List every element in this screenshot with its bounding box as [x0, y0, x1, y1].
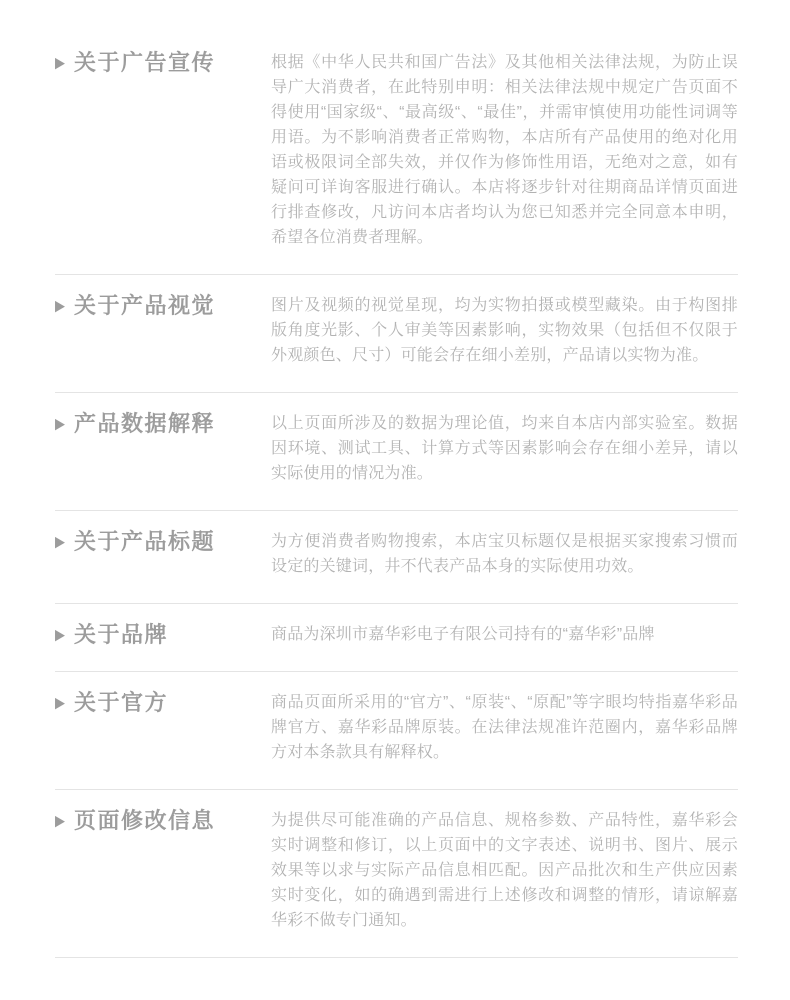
section-product-data: ▶ 产品数据解释 以上页面所涉及的数据为理论值，均来自本店内部实验室。数据因环境…: [55, 393, 738, 511]
section-product-visuals: ▶ 关于产品视觉 图片及视频的视觉星现，均为实物拍摄或模型藏染。由于构图排版角度…: [55, 275, 738, 393]
section-header: ▶ 页面修改信息: [55, 808, 271, 833]
section-body: 以上页面所涉及的数据为理论值，均来自本店内部实验室。数据因环境、测试工具、计算方…: [271, 411, 738, 486]
section-advertising: ▶ 关于广告宣传 根据《中华人民共和国广告法》及其他相关法律法规，为防止误导广大…: [55, 50, 738, 275]
section-header: ▶ 关于广告宣传: [55, 50, 271, 75]
section-header: ▶ 产品数据解释: [55, 411, 271, 436]
section-body: 为提供尽可能准确的产品信息、规格参数、产品特性，嘉华彩会实时调整和修订，以上页面…: [271, 808, 738, 933]
section-body: 为方便消费者购物搜索，本店宝贝标题仅是根据买家搜索习惯而设定的关键词，井不代表产…: [271, 529, 738, 579]
section-product-title: ▶ 关于产品标题 为方便消费者购物搜索，本店宝贝标题仅是根据买家搜索习惯而设定的…: [55, 511, 738, 604]
section-body: 商品为深圳市嘉华彩电子有限公司持有的“嘉华彩”品牌: [271, 622, 738, 647]
section-header: ▶ 关于产品视觉: [55, 293, 271, 318]
section-body: 商品页面所采用的“官方”、“原装“、“原配”等字眼均特指嘉华彩品牌官方、嘉华彩品…: [271, 690, 738, 765]
section-brand: ▶ 关于品牌 商品为深圳市嘉华彩电子有限公司持有的“嘉华彩”品牌: [55, 604, 738, 672]
section-official: ▶ 关于官方 商品页面所采用的“官方”、“原装“、“原配”等字眼均特指嘉华彩品牌…: [55, 672, 738, 790]
triangle-bullet-icon: ▶: [55, 813, 65, 828]
section-title: 关于产品标题: [74, 529, 215, 554]
section-title: 关于广告宣传: [74, 50, 215, 75]
disclaimer-page: ▶ 关于广告宣传 根据《中华人民共和国广告法》及其他相关法律法规，为防止误导广大…: [0, 0, 790, 1000]
section-body: 图片及视频的视觉星现，均为实物拍摄或模型藏染。由于构图排版角度光影、个人审美等因…: [271, 293, 738, 368]
section-title: 关于官方: [74, 690, 168, 715]
section-title: 关于品牌: [74, 622, 168, 647]
triangle-bullet-icon: ▶: [55, 695, 65, 710]
section-title: 产品数据解释: [74, 411, 215, 436]
triangle-bullet-icon: ▶: [55, 534, 65, 549]
section-header: ▶ 关于产品标题: [55, 529, 271, 554]
section-title: 关于产品视觉: [74, 293, 215, 318]
section-body: 根据《中华人民共和国广告法》及其他相关法律法规，为防止误导广大消费者，在此特别申…: [271, 50, 738, 250]
triangle-bullet-icon: ▶: [55, 298, 65, 313]
section-title: 页面修改信息: [74, 808, 215, 833]
triangle-bullet-icon: ▶: [55, 627, 65, 642]
section-header: ▶ 关于官方: [55, 690, 271, 715]
section-page-modification: ▶ 页面修改信息 为提供尽可能准确的产品信息、规格参数、产品特性，嘉华彩会实时调…: [55, 790, 738, 958]
triangle-bullet-icon: ▶: [55, 55, 65, 70]
triangle-bullet-icon: ▶: [55, 416, 65, 431]
section-header: ▶ 关于品牌: [55, 622, 271, 647]
